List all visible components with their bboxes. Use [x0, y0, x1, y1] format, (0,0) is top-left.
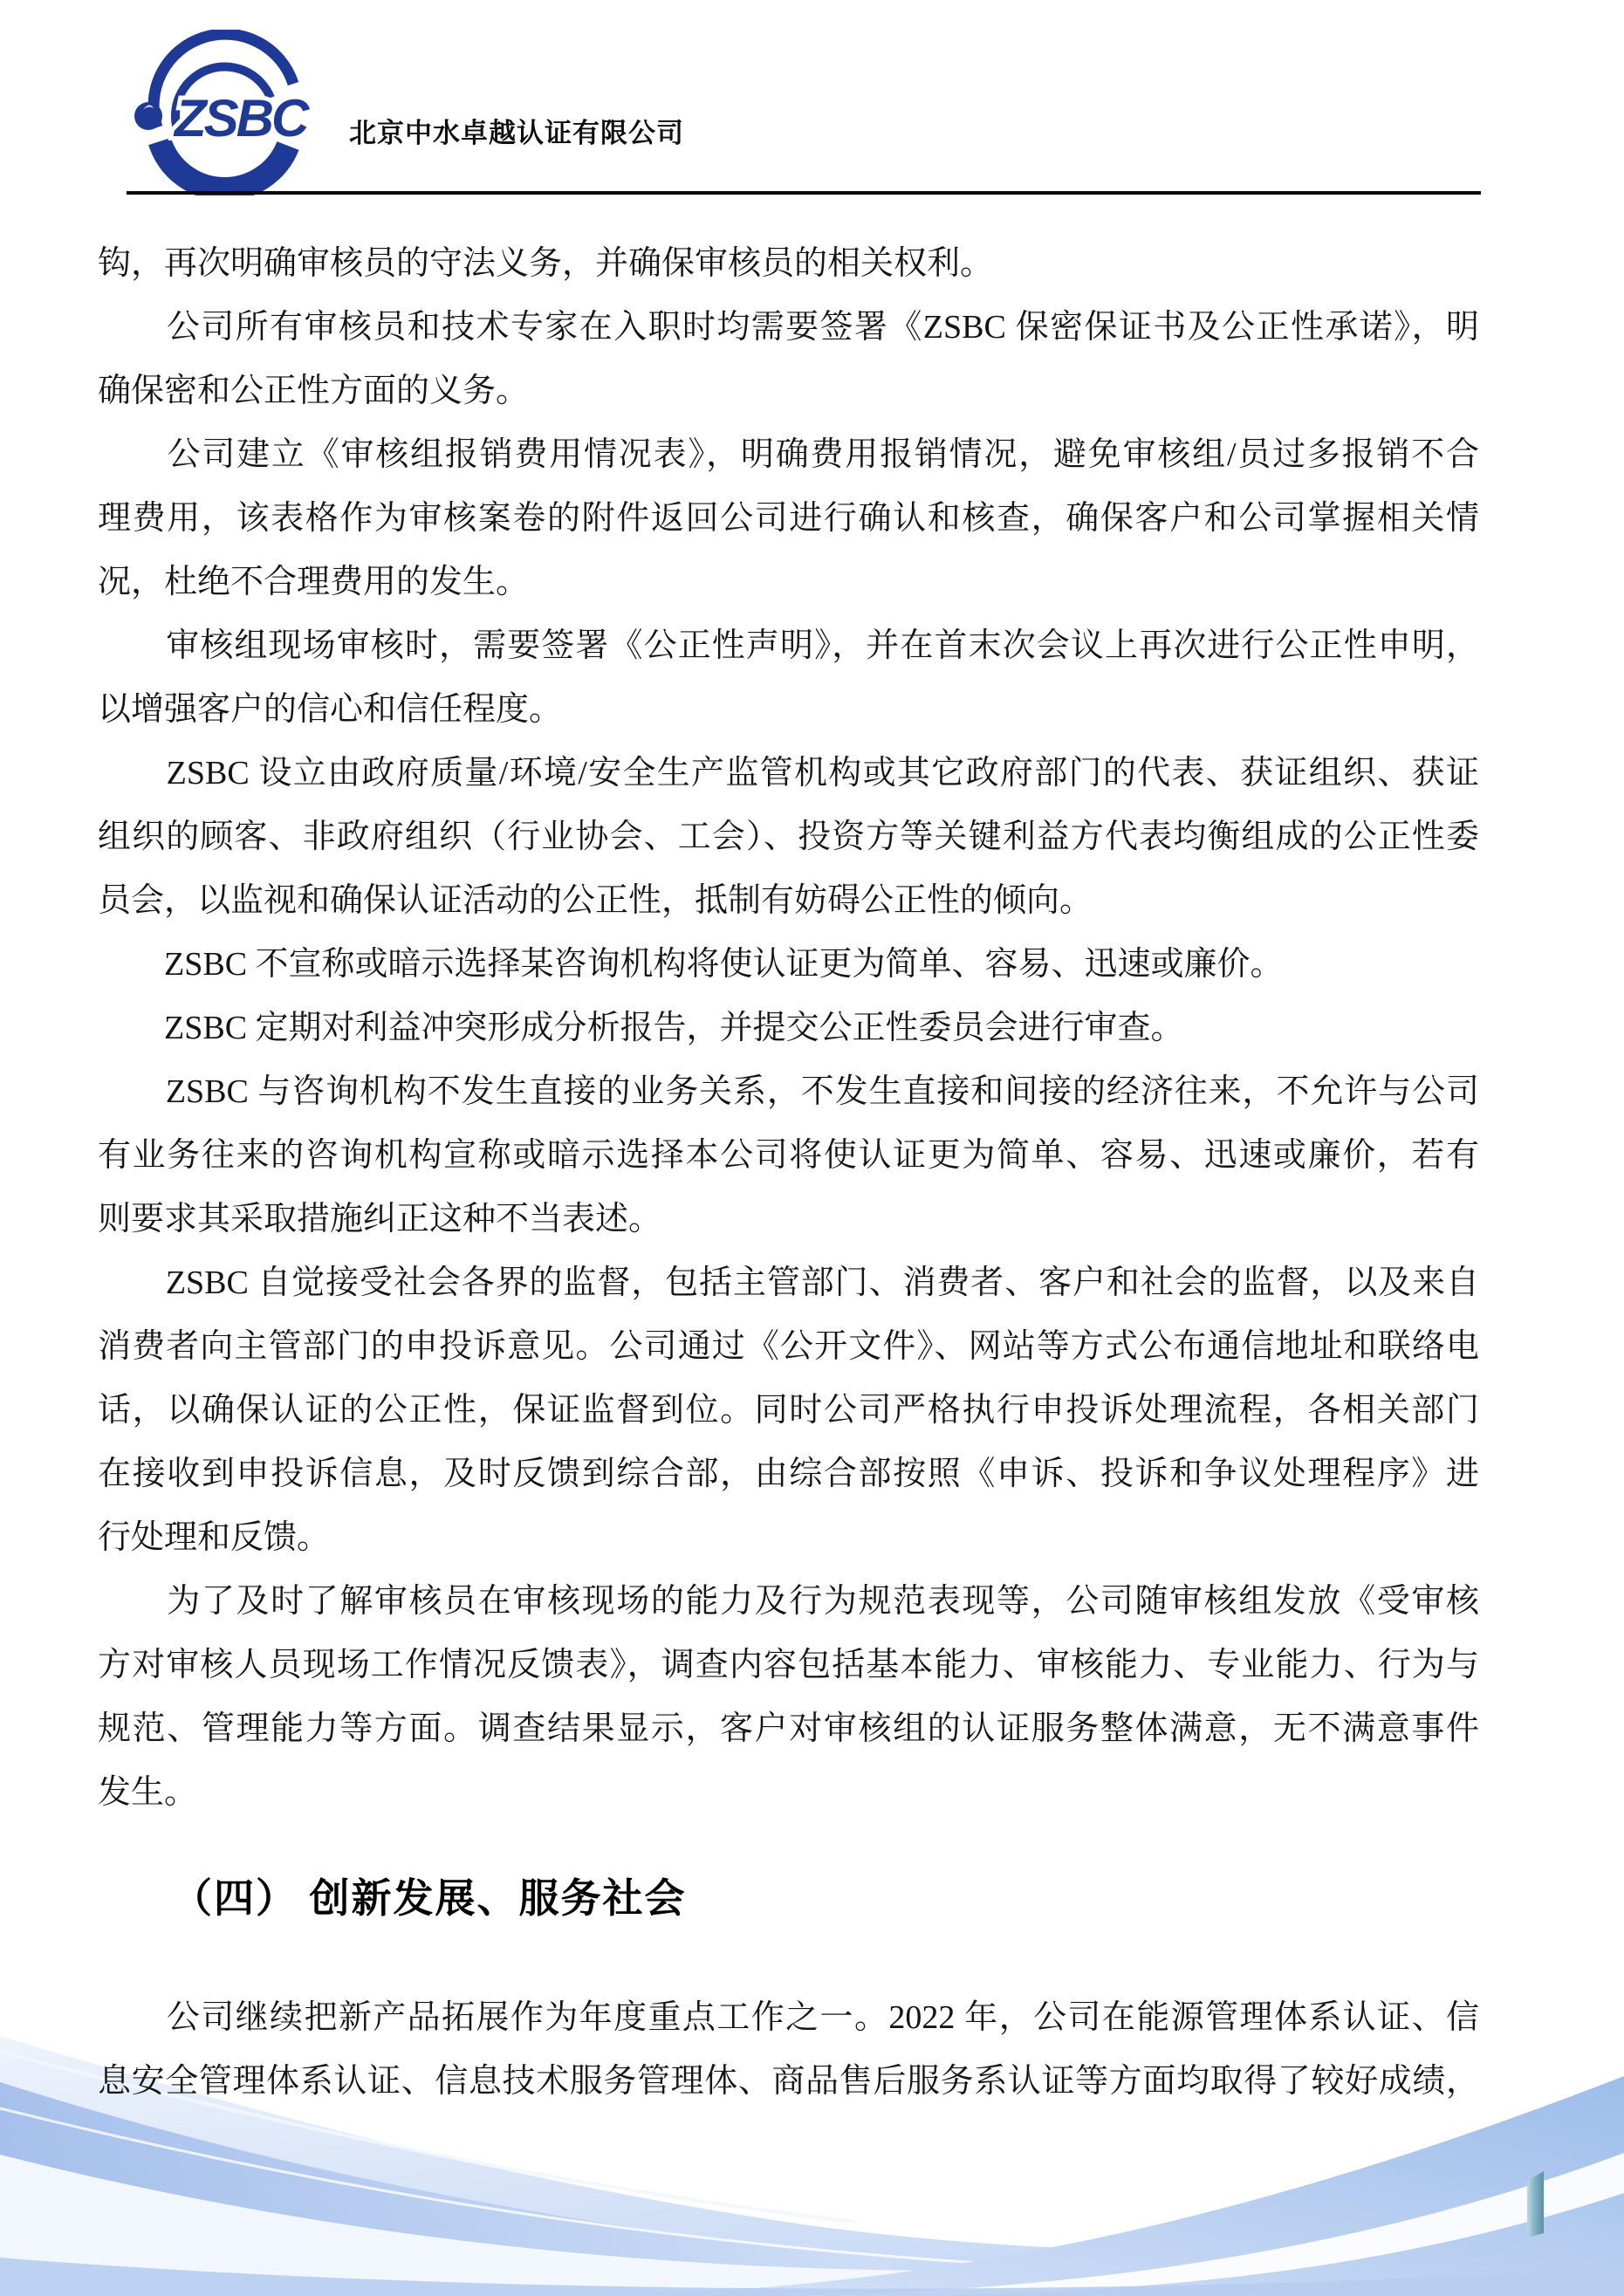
- paragraph-line: 以增强客户的信心和信任程度。: [98, 678, 1479, 742]
- paragraph-line: ZSBC 定期对利益冲突形成分析报告，并提交公正性委员会进行审查。: [98, 997, 1479, 1060]
- paragraph-line: 况，杜绝不合理费用的发生。: [98, 551, 1479, 614]
- paragraph-line: 话，以确保认证的公正性，保证监督到位。同时公司严格执行申投诉处理流程，各相关部门: [98, 1379, 1479, 1443]
- paragraph-line: 组织的顾客、非政府组织（行业协会、工会）、投资方等关键利益方代表均衡组成的公正性…: [98, 805, 1479, 869]
- page-header: ZSBC 北京中水卓越认证有限公司: [0, 0, 1624, 201]
- document-body: 钩，再次明确审核员的守法义务，并确保审核员的相关权利。 公司所有审核员和技术专家…: [98, 232, 1479, 2114]
- paragraph-line: 方对审核人员现场工作情况反馈表》，调查内容包括基本能力、审核能力、专业能力、行为…: [98, 1634, 1479, 1697]
- paragraph-line: ZSBC 设立由政府质量/环境/安全生产监管机构或其它政府部门的代表、获证组织、…: [98, 742, 1479, 805]
- company-name: 北京中水卓越认证有限公司: [349, 111, 684, 150]
- paragraph-line: ZSBC 自觉接受社会各界的监督，包括主管部门、消费者、客户和社会的监督，以及来…: [98, 1251, 1479, 1315]
- paragraph-line: 公司所有审核员和技术专家在入职时均需要签署《ZSBC 保密保证书及公正性承诺》，…: [98, 296, 1479, 360]
- bookmark-accent-icon: [1527, 2171, 1544, 2238]
- paragraph-line: 发生。: [98, 1761, 1479, 1825]
- paragraph-line: ZSBC 与咨询机构不发生直接的业务关系，不发生直接和间接的经济往来，不允许与公…: [98, 1060, 1479, 1124]
- paragraph-line: 在接收到申投诉信息，及时反馈到综合部，由综合部按照《申诉、投诉和争议处理程序》进: [98, 1443, 1479, 1506]
- document-page: ZSBC 北京中水卓越认证有限公司: [0, 0, 1624, 2296]
- paragraph-line: 公司建立《审核组报销费用情况表》，明确费用报销情况，避免审核组/员过多报销不合: [98, 423, 1479, 487]
- paragraph-line: 规范、管理能力等方面。调查结果显示，客户对审核组的认证服务整体满意，无不满意事件: [98, 1697, 1479, 1761]
- paragraph-line: 息安全管理体系认证、信息技术服务管理体、商品售后服务系认证等方面均取得了较好成绩…: [98, 2050, 1479, 2114]
- paragraph-line: 有业务往来的咨询机构宣称或暗示选择本公司将使认证更为简单、容易、迅速或廉价，若有: [98, 1124, 1479, 1188]
- paragraph-line: 消费者向主管部门的申投诉意见。公司通过《公开文件》、网站等方式公布通信地址和联络…: [98, 1315, 1479, 1379]
- paragraph-line: 审核组现场审核时，需要签署《公正性声明》，并在首末次会议上再次进行公正性申明，: [98, 614, 1479, 678]
- paragraph-line: 为了及时了解审核员在审核现场的能力及行为规范表现等，公司随审核组发放《受审核: [98, 1570, 1479, 1634]
- paragraph-line: 员会，以监视和确保认证活动的公正性，抵制有妨碍公正性的倾向。: [98, 869, 1479, 933]
- paragraph-line: 钩，再次明确审核员的守法义务，并确保审核员的相关权利。: [98, 232, 1479, 296]
- paragraph-line: ZSBC 不宣称或暗示选择某咨询机构将使认证更为简单、容易、迅速或廉价。: [98, 933, 1479, 997]
- paragraph-line: 公司继续把新产品拓展作为年度重点工作之一。2022 年，公司在能源管理体系认证、…: [98, 1986, 1479, 2050]
- paragraph-line: 确保密和公正性方面的义务。: [98, 360, 1479, 423]
- paragraph-line: 则要求其采取措施纠正这种不当表述。: [98, 1188, 1479, 1251]
- header-rule: [127, 191, 1481, 195]
- paragraph-line: 行处理和反馈。: [98, 1506, 1479, 1570]
- section-heading: （四） 创新发展、服务社会: [98, 1873, 1479, 1925]
- logo-abbr: ZSBC: [173, 89, 311, 147]
- paragraph-line: 理费用，该表格作为审核案卷的附件返回公司进行确认和核查，确保客户和公司掌握相关情: [98, 487, 1479, 551]
